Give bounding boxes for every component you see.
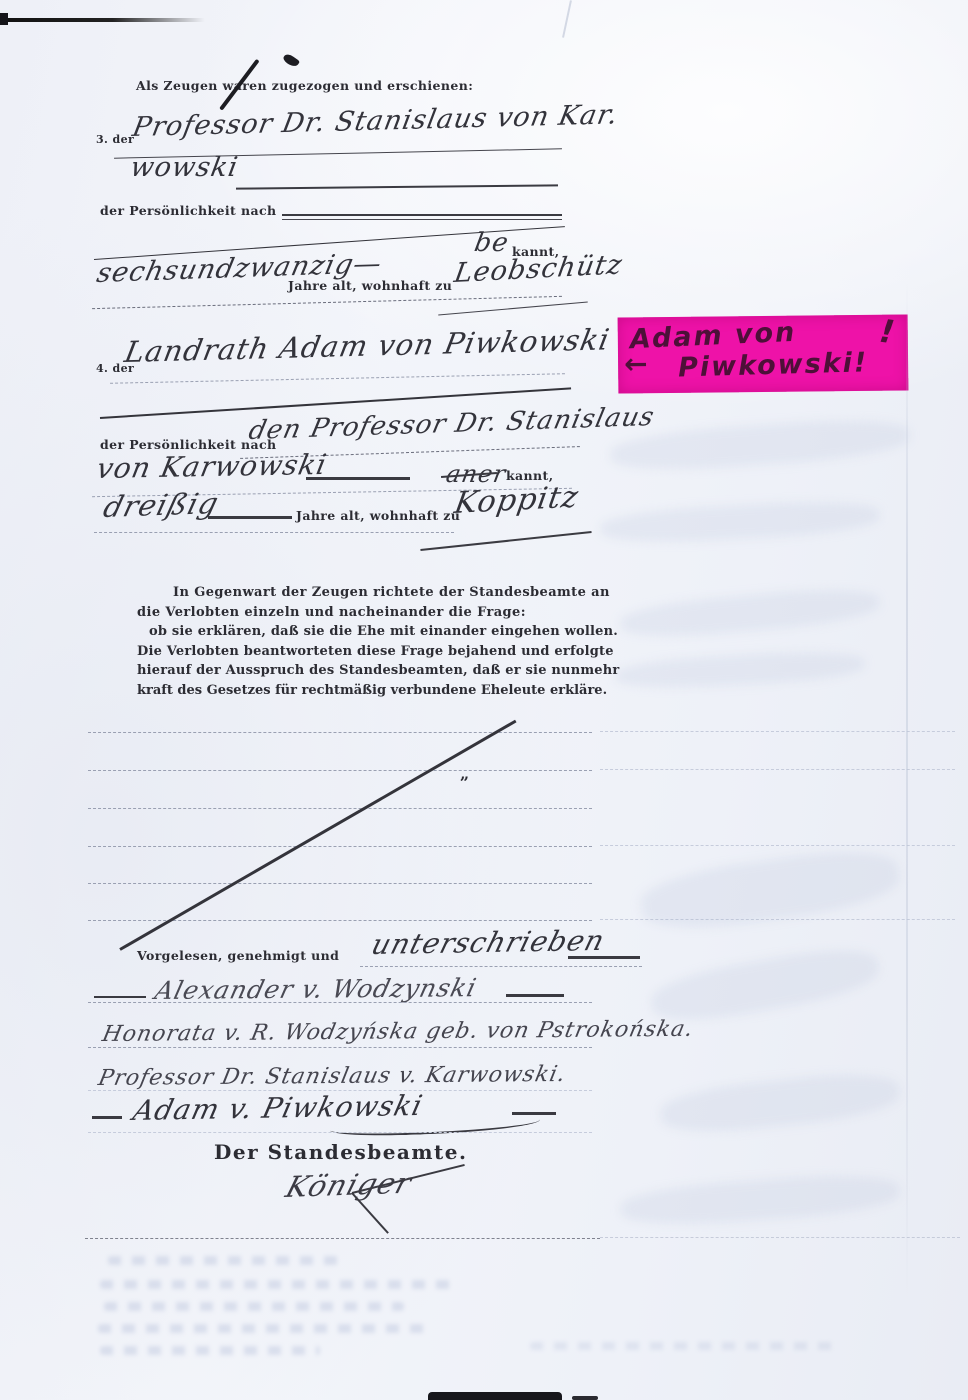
- declaration-paragraph: In Gegenwart der Zeugen richtete der Sta…: [137, 583, 607, 700]
- bleedthrough-blob: [599, 498, 880, 547]
- bleedthrough-text: [98, 1324, 428, 1333]
- bleed-rule: [600, 845, 955, 846]
- blank-rule: [88, 732, 592, 733]
- blank-rule: [88, 808, 592, 809]
- filler-dash: [568, 956, 640, 959]
- age-rule: [94, 532, 454, 533]
- declaration-line: kraft des Gesetzes für rechtmäßig verbun…: [137, 681, 607, 701]
- bleedthrough-text: [100, 1280, 460, 1289]
- sig-rule: [88, 1002, 592, 1003]
- witness4-identity-value1: den Professor Dr. Stanislaus: [246, 402, 657, 446]
- witness3-name-line1: Professor Dr. Stanislaus von Kar.: [130, 99, 621, 143]
- residence-underline: [438, 301, 588, 315]
- bleedthrough-blob: [658, 1068, 901, 1139]
- blank-rule: [88, 883, 592, 884]
- scan-edge-tick: [0, 13, 8, 25]
- blank-rule: [88, 920, 592, 921]
- bleedthrough-blob: [619, 1170, 901, 1229]
- declaration-line: In Gegenwart der Zeugen richtete der Sta…: [137, 583, 607, 603]
- witness3-identity-hand: be: [472, 228, 511, 258]
- scan-edge-artifact: [0, 18, 205, 22]
- witness4-name: Landrath Adam von Piwkowski: [122, 322, 613, 369]
- paper-fold: [906, 280, 908, 1300]
- intro-line: Als Zeugen waren zugezogen und erschiene…: [136, 78, 473, 93]
- signature-1: Alexander v. Wodzynski: [152, 973, 480, 1005]
- note-line2: Piwkowski!: [678, 347, 869, 383]
- signature-3: Professor Dr. Stanislaus v. Karwowski.: [96, 1062, 568, 1091]
- filler-dash: [208, 516, 292, 519]
- blank-rule: [88, 770, 592, 771]
- closing-rule: [360, 966, 642, 967]
- witness4-age-value: dreißig: [100, 486, 223, 524]
- sig-dash: [92, 1116, 122, 1119]
- witness4-identity-value2: von Karwowski: [94, 448, 330, 485]
- bleedthrough-blob: [614, 648, 865, 691]
- registrar-signature: Königer: [282, 1166, 416, 1204]
- bleedthrough-text: [104, 1302, 404, 1311]
- identity-rule2: [282, 219, 562, 220]
- registrar-label: Der Standesbeamte.: [214, 1140, 467, 1164]
- bleed-rule: [600, 731, 955, 732]
- age-rule: [92, 296, 562, 309]
- declaration-line: ob sie erklären, daß sie die Ehe mit ein…: [137, 622, 607, 642]
- witness4-residence: Koppitz: [452, 480, 581, 521]
- sig-rule: [88, 1047, 592, 1048]
- note-bang: !: [877, 312, 898, 352]
- witness3-prefix: 3. der: [96, 133, 134, 146]
- witness4-age-label: Jahre alt, wohnhaft zu: [296, 508, 460, 523]
- identity-rule: [282, 214, 562, 216]
- witness3-name-line2: wowski: [128, 152, 241, 183]
- entry-rule: [236, 184, 558, 189]
- declaration-line: die Verlobten einzeln und nacheinander d…: [137, 603, 607, 623]
- ditto-mark: „: [460, 764, 470, 783]
- residence-underline: [420, 531, 591, 551]
- scan-bottom-dot: [572, 1396, 598, 1400]
- ink-stroke-blob: [282, 52, 300, 69]
- sticky-note: Adam von ! ← Piwkowski!: [618, 314, 909, 393]
- blank-rule: [88, 846, 592, 847]
- bleedthrough-text: [108, 1256, 338, 1265]
- bleedthrough-text: [100, 1346, 320, 1355]
- bleedthrough-blob: [647, 940, 882, 1029]
- signature-2: Honorata v. R. Wodzyńska geb. von Pstrok…: [100, 1017, 696, 1047]
- paper-crease: [562, 0, 572, 38]
- scanned-marriage-record: Als Zeugen waren zugezogen und erschiene…: [0, 0, 968, 1400]
- witness3-age-label: Jahre alt, wohnhaft zu: [288, 278, 452, 293]
- scan-bottom-artifact: [428, 1392, 562, 1400]
- sig-dash: [94, 996, 146, 998]
- entry-rule: [110, 373, 565, 384]
- bleed-rule: [600, 769, 955, 770]
- sig-rule: [88, 1132, 592, 1133]
- read-approved-print: Vorgelesen, genehmigt und: [137, 948, 339, 963]
- void-strike-diagonal: [119, 720, 516, 951]
- bottom-rule: [85, 1238, 600, 1239]
- witness3-identity-label: der Persönlichkeit nach: [100, 203, 276, 218]
- declaration-line: hierauf der Ausspruch des Standesbeamten…: [137, 661, 607, 681]
- bleedthrough-text: [530, 1342, 840, 1350]
- bleedthrough-blob: [619, 584, 881, 643]
- bleedthrough-blob: [637, 842, 903, 938]
- note-arrow-icon: ←: [624, 347, 650, 380]
- bleedthrough-blob: [609, 415, 911, 476]
- declaration-line: Die Verlobten beantworteten diese Frage …: [137, 642, 607, 662]
- sig-dash: [506, 994, 564, 997]
- filler-dash: [306, 477, 410, 480]
